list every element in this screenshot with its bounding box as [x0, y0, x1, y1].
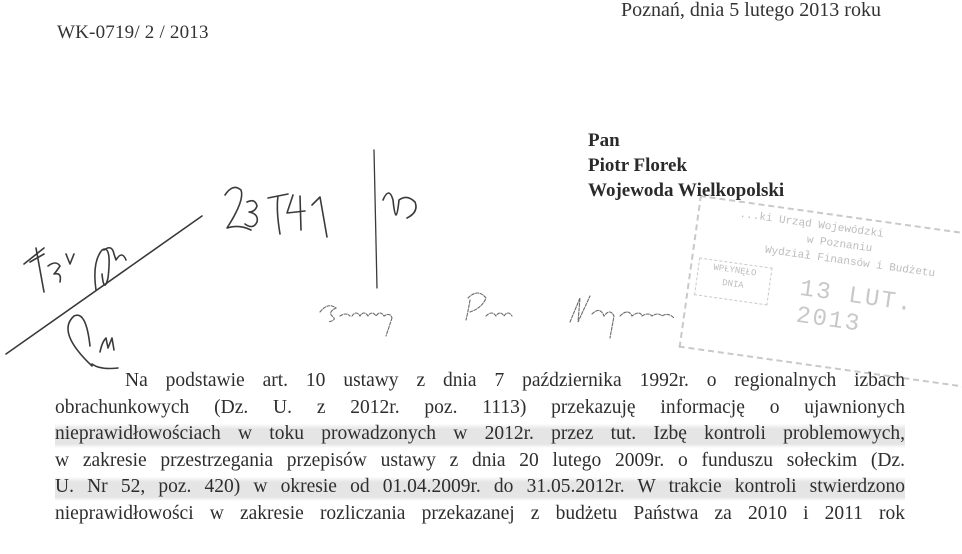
body-line: w zakresie przestrzegania przepisów usta…	[55, 448, 905, 475]
letter-body: Na podstawie art. 10 ustawy z dnia 7 paź…	[55, 368, 905, 527]
body-line: obrachunkowych (Dz. U. z 2012r. poz. 111…	[55, 395, 905, 422]
body-line: nieprawidłowości w zakresie rozliczania …	[55, 501, 905, 528]
vertical-stroke	[374, 150, 377, 288]
body-line: Na podstawie art. 10 ustawy z dnia 7 paź…	[55, 368, 905, 395]
body-line-highlighted: U. Nr 52, poz. 420) w okresie od 01.04.2…	[55, 474, 905, 501]
body-line-highlighted: nieprawidłowościach w toku prowadzonych …	[55, 421, 905, 448]
